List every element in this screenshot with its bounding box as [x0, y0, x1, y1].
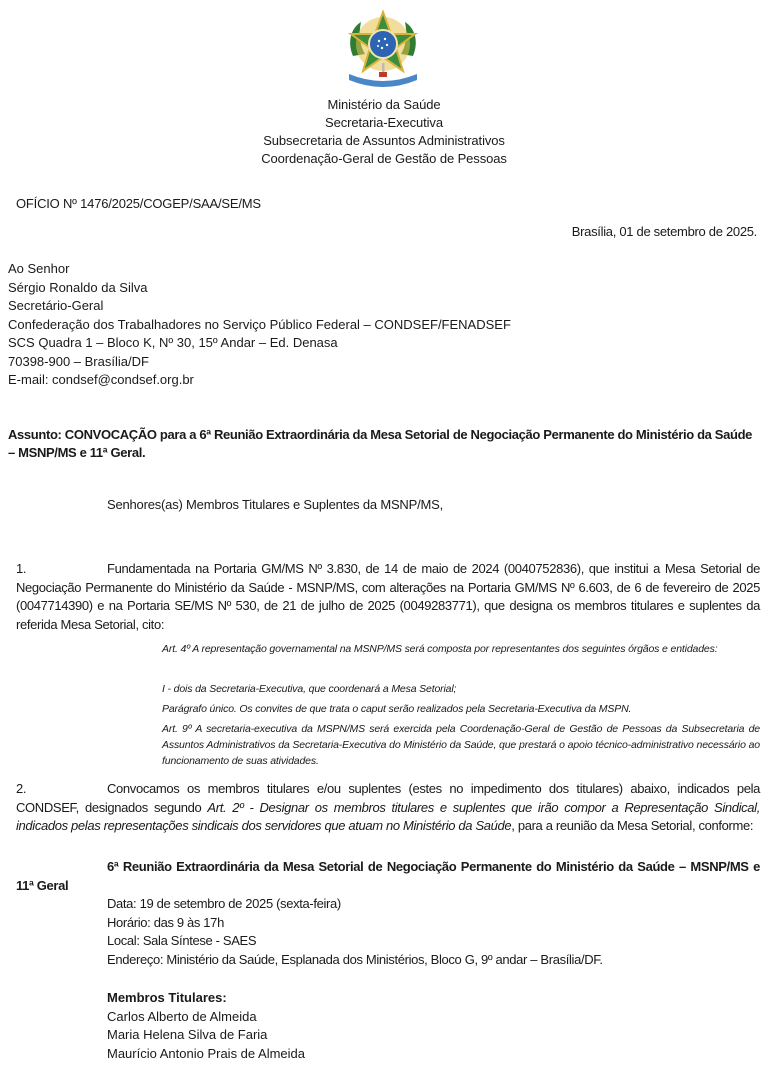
quote-paragrafo-unico: Parágrafo único. Os convites de que trat…	[162, 701, 760, 717]
letterhead-secretariat: Secretaria-Executiva	[0, 114, 768, 132]
quote-item-i: I - dois da Secretaria-Executiva, que co…	[162, 681, 760, 697]
addressee-email[interactable]: E-mail: condsef@condsef.org.br	[8, 371, 511, 390]
addressee-name: Sérgio Ronaldo da Silva	[8, 279, 511, 298]
paragraph-2-number: 2.	[16, 780, 107, 799]
letterhead-subsecretariat: Subsecretaria de Assuntos Administrativo…	[0, 132, 768, 150]
quote-art-4: Art. 4º A representação governamental na…	[162, 641, 760, 657]
letterhead: Ministério da Saúde Secretaria-Executiva…	[0, 96, 768, 168]
meeting-date: Data: 19 de setembro de 2025 (sexta-feir…	[16, 895, 760, 914]
subject-line: Assunto: CONVOCAÇÃO para a 6ª Reunião Ex…	[8, 426, 760, 462]
letterhead-coordination: Coordenação-Geral de Gestão de Pessoas	[0, 150, 768, 168]
member-name: Carlos Alberto de Almeida	[107, 1008, 305, 1027]
paragraph-1-number: 1.	[16, 560, 107, 579]
place-date: Brasília, 01 de setembro de 2025.	[572, 224, 757, 239]
paragraph-2-text-end: , para a reunião da Mesa Setorial, confo…	[511, 818, 753, 833]
addressee-salutation: Ao Senhor	[8, 260, 511, 279]
members-block: Membros Titulares: Carlos Alberto de Alm…	[107, 989, 305, 1063]
addressee-postal-code: 70398-900 – Brasília/DF	[8, 353, 511, 372]
meeting-address: Endereço: Ministério da Saúde, Esplanada…	[16, 951, 760, 970]
paragraph-1: 1.Fundamentada na Portaria GM/MS Nº 3.83…	[16, 560, 760, 634]
meeting-location: Local: Sala Síntese - SAES	[16, 932, 760, 951]
addressee-organization: Confederação dos Trabalhadores no Serviç…	[8, 316, 511, 335]
letterhead-ministry: Ministério da Saúde	[0, 96, 768, 114]
addressee-address: SCS Quadra 1 – Bloco K, Nº 30, 15º Andar…	[8, 334, 511, 353]
paragraph-2: 2.Convocamos os membros titulares e/ou s…	[16, 780, 760, 836]
meeting-time: Horário: das 9 às 17h	[16, 914, 760, 933]
document-number: OFÍCIO Nº 1476/2025/COGEP/SAA/SE/MS	[16, 196, 261, 211]
meeting-title: 6ª Reunião Extraordinária da Mesa Setori…	[16, 858, 760, 895]
member-name: Maurício Antonio Prais de Almeida	[107, 1045, 305, 1064]
salutation: Senhores(as) Membros Titulares e Suplent…	[107, 497, 443, 512]
quote-art-9: Art. 9º A secretaria-executiva da MSPN/M…	[162, 721, 760, 769]
members-title: Membros Titulares:	[107, 989, 305, 1008]
document-page: Ministério da Saúde Secretaria-Executiva…	[0, 0, 768, 1086]
meeting-block: 6ª Reunião Extraordinária da Mesa Setori…	[16, 858, 760, 970]
addressee-role: Secretário-Geral	[8, 297, 511, 316]
member-name: Maria Helena Silva de Faria	[107, 1026, 305, 1045]
addressee-block: Ao Senhor Sérgio Ronaldo da Silva Secret…	[8, 260, 511, 390]
paragraph-1-text: Fundamentada na Portaria GM/MS Nº 3.830,…	[16, 561, 760, 632]
brazil-coat-of-arms-icon	[343, 8, 423, 88]
